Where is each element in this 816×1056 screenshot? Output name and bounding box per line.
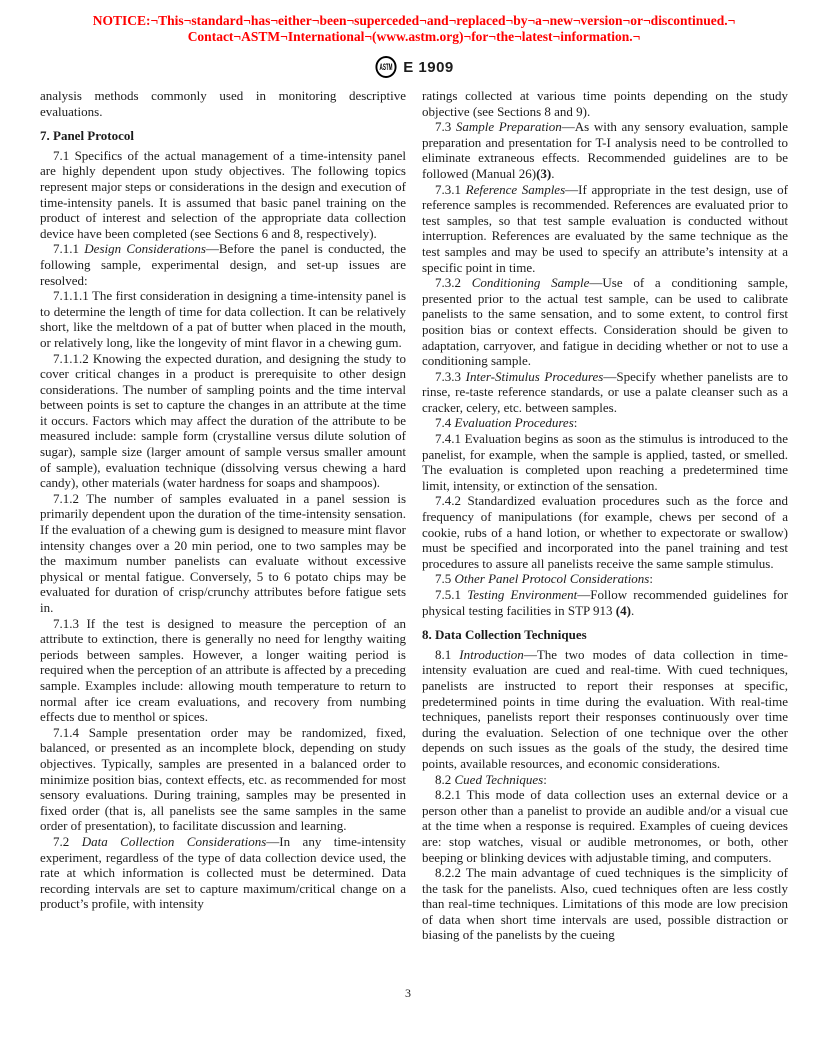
text-run: 7.4.2 Standardized evaluation procedures…	[422, 493, 788, 570]
text-run: 7.3.3	[435, 369, 466, 384]
notice-line-2: Contact¬ASTM¬International¬(www.astm.org…	[40, 29, 788, 45]
bold-ref: (3)	[536, 166, 551, 181]
bold-ref: (4)	[616, 603, 631, 618]
page-number: 3	[405, 986, 411, 1000]
paragraph: 7.4 Evaluation Procedures:	[422, 415, 788, 431]
paragraph: 7.1.1 Design Considerations—Before the p…	[40, 241, 406, 288]
paragraph: 8.2.1 This mode of data collection uses …	[422, 787, 788, 865]
paragraph: 7.1.4 Sample presentation order may be r…	[40, 725, 406, 834]
italic-term: Sample Preparation	[456, 119, 562, 134]
text-run: 7.5.1	[435, 587, 467, 602]
notice-line-1: NOTICE:¬This¬standard¬has¬either¬been¬su…	[40, 13, 788, 29]
text-run: 7.1.1	[53, 241, 84, 256]
text-run: 7.1.4 Sample presentation order may be r…	[40, 725, 406, 834]
text-run: 8.2.2 The main advantage of cued techniq…	[422, 865, 788, 942]
paragraph: 7.2 Data Collection Considerations—In an…	[40, 834, 406, 912]
paragraph: 7.5.1 Testing Environment—Follow recomme…	[422, 587, 788, 618]
document-page: NOTICE:¬This¬standard¬has¬either¬been¬su…	[0, 0, 816, 1056]
paragraph: 7.3.3 Inter-Stimulus Procedures—Specify …	[422, 369, 788, 416]
paragraph: 7.1 Specifics of the actual management o…	[40, 148, 406, 242]
standard-designation: E 1909	[403, 59, 454, 76]
paragraph: ratings collected at various time points…	[422, 88, 788, 119]
text-run: :	[543, 772, 547, 787]
italic-term: Reference Samples	[466, 182, 565, 197]
text-run: 8.1	[435, 647, 459, 662]
astm-logo-icon: ASTM	[374, 56, 398, 78]
italic-term: Introduction	[459, 647, 524, 662]
paragraph: 7.1.3 If the test is designed to measure…	[40, 616, 406, 725]
italic-term: Conditioning Sample	[472, 275, 590, 290]
paragraph: 8.2 Cued Techniques:	[422, 772, 788, 788]
paragraph: analysis methods commonly used in monito…	[40, 88, 406, 119]
text-run: 7.1.2 The number of samples evaluated in…	[40, 491, 406, 615]
text-run: —The two modes of data collection in tim…	[422, 647, 788, 771]
italic-term: Data Collection Considerations	[82, 834, 267, 849]
italic-term: Other Panel Protocol Considerations	[455, 571, 650, 586]
paragraph: 7.3.1 Reference Samples—If appropriate i…	[422, 182, 788, 276]
text-run: ratings collected at various time points…	[422, 88, 788, 119]
paragraph: 7.1.1.1 The first consideration in desig…	[40, 288, 406, 350]
text-run: 7.1.3 If the test is designed to measure…	[40, 616, 406, 725]
italic-term: Design Considerations	[84, 241, 206, 256]
paragraph: 7.3 Sample Preparation—As with any senso…	[422, 119, 788, 181]
text-run: 8.2.1 This mode of data collection uses …	[422, 787, 788, 864]
left-column: analysis methods commonly used in monito…	[40, 88, 406, 943]
astm-logo-text: ASTM	[380, 62, 393, 72]
italic-term: Testing Environment	[467, 587, 577, 602]
paragraph: 8.2.2 The main advantage of cued techniq…	[422, 865, 788, 943]
text-run: 7.3	[435, 119, 456, 134]
text-run: analysis methods commonly used in monito…	[40, 88, 406, 119]
two-column-body: analysis methods commonly used in monito…	[40, 88, 788, 943]
text-run: :	[649, 571, 653, 586]
text-run: .	[551, 166, 554, 181]
paragraph: 7.4.2 Standardized evaluation procedures…	[422, 493, 788, 571]
text-run: 7.4.1 Evaluation begins as soon as the s…	[422, 431, 788, 493]
paragraph: 8.1 Introduction—The two modes of data c…	[422, 647, 788, 772]
section-heading: 7. Panel Protocol	[40, 128, 406, 144]
text-run: 7.2	[53, 834, 82, 849]
text-run: 7.5	[435, 571, 455, 586]
section-heading: 8. Data Collection Techniques	[422, 627, 788, 643]
paragraph: 7.1.1.2 Knowing the expected duration, a…	[40, 351, 406, 491]
paragraph: 7.5 Other Panel Protocol Considerations:	[422, 571, 788, 587]
text-run: 7.1.1.1 The first consideration in desig…	[40, 288, 406, 350]
text-run: 7.4	[435, 415, 455, 430]
standard-header: ASTM E 1909	[40, 56, 788, 78]
text-run: .	[631, 603, 634, 618]
text-run: 8.2	[435, 772, 455, 787]
italic-term: Evaluation Procedures	[455, 415, 574, 430]
text-run: :	[574, 415, 578, 430]
text-run: 7.1 Specifics of the actual management o…	[40, 148, 406, 241]
paragraph: 7.4.1 Evaluation begins as soon as the s…	[422, 431, 788, 493]
text-run: 7.3.1	[435, 182, 466, 197]
paragraph: 7.1.2 The number of samples evaluated in…	[40, 491, 406, 616]
italic-term: Cued Techniques	[455, 772, 544, 787]
discontinuation-notice: NOTICE:¬This¬standard¬has¬either¬been¬su…	[40, 13, 788, 45]
right-column: ratings collected at various time points…	[422, 88, 788, 943]
paragraph: 7.3.2 Conditioning Sample—Use of a condi…	[422, 275, 788, 369]
text-run: 7.3.2	[435, 275, 472, 290]
page-footer: 3	[0, 986, 816, 1001]
italic-term: Inter-Stimulus Procedures	[466, 369, 604, 384]
text-run: 7.1.1.2 Knowing the expected duration, a…	[40, 351, 406, 491]
